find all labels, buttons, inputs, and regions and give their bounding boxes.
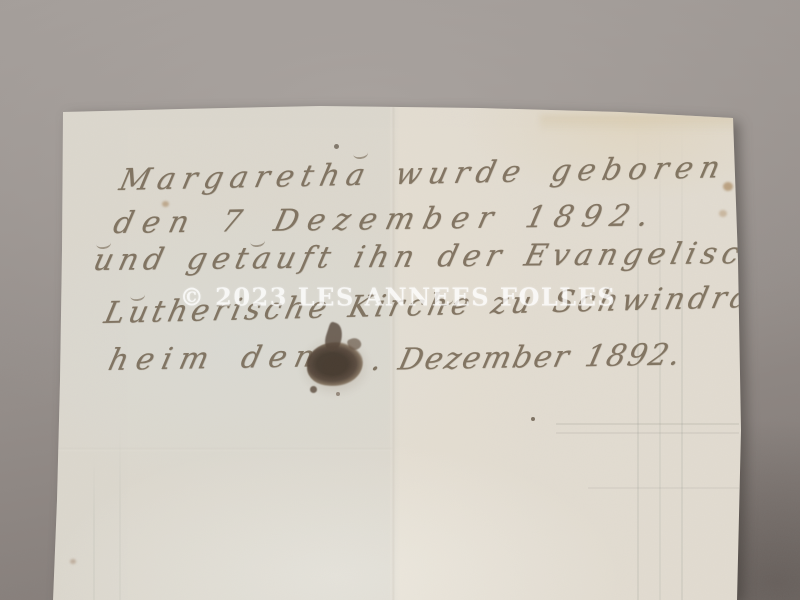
ink-speck — [334, 144, 339, 149]
ruled-showthrough-line — [93, 455, 95, 600]
ruled-showthrough-line — [556, 423, 739, 425]
ink-blot-droplet — [310, 386, 317, 393]
foxing-spot — [531, 417, 535, 421]
handwriting-line-3: und getauft ihn der Evangelischen — [90, 235, 800, 278]
horizontal-crease — [54, 448, 392, 451]
ruled-showthrough-line — [588, 487, 739, 489]
handwriting-line-5-before-blot: heim den — [105, 339, 326, 378]
ruled-showthrough-line — [119, 425, 121, 600]
foxing-spot — [719, 210, 727, 217]
handwriting-line-5-after-blot: . Dezember 1892. — [368, 337, 686, 378]
foxing-spot — [723, 182, 733, 191]
ink-blot-droplet — [336, 392, 340, 396]
ruled-showthrough-line — [556, 432, 739, 434]
handwriting-line-2: den 7 Dezember 1892. — [110, 198, 661, 241]
foxing-spot — [70, 559, 76, 564]
copyright-watermark: © 2023 LES ANNEES FOLLES — [180, 283, 616, 312]
edge-stain — [540, 115, 740, 133]
handwriting-line-1: Margaretha wurde geboren — [116, 150, 730, 198]
ruled-showthrough-line — [681, 125, 683, 600]
photo-scene: Margaretha wurde geboren den 7 Dezember … — [0, 0, 800, 600]
